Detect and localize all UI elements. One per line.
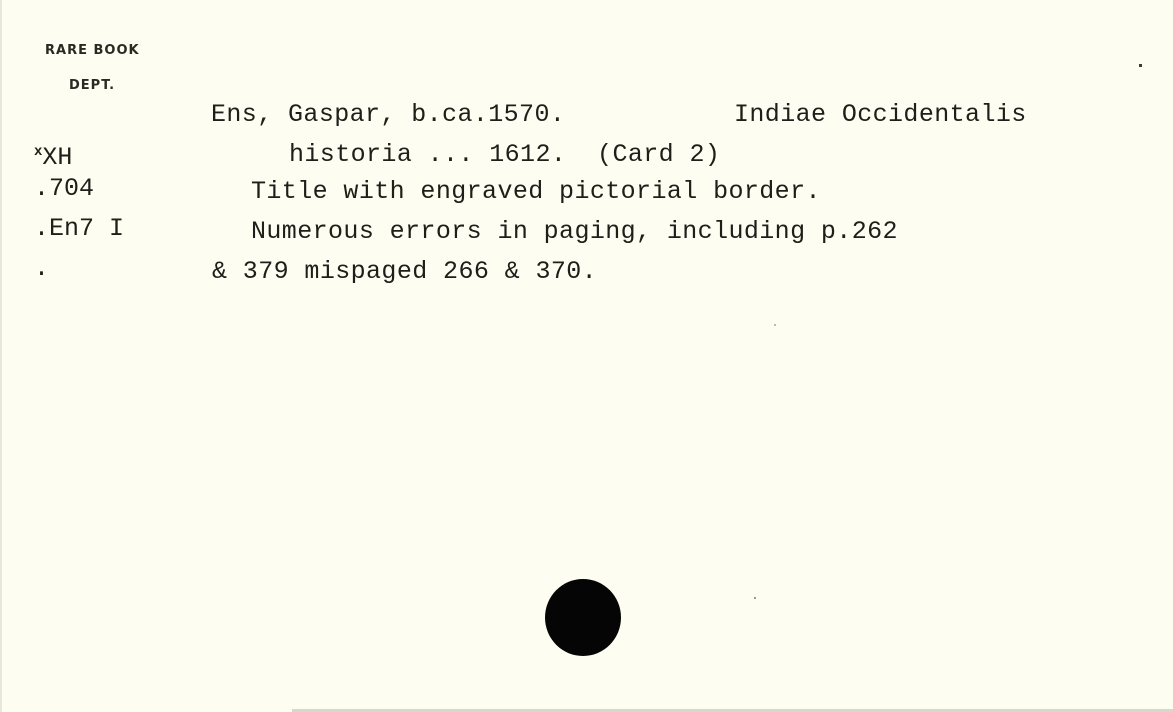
department-stamp-line1: RARE BOOK <box>45 43 140 58</box>
entry-note-paging-cont: & 379 mispaged 266 & 370. <box>212 257 597 286</box>
ink-speck <box>774 324 776 326</box>
department-stamp-line2: DEPT. <box>69 78 115 93</box>
call-number-line-2: .704 <box>34 170 94 208</box>
call-number-line-4: . <box>34 250 49 288</box>
catalog-card: RARE BOOK DEPT. xXH .704 .En7 I . Ens, G… <box>0 0 1173 712</box>
ink-speck <box>1139 64 1142 67</box>
punch-hole <box>545 579 621 656</box>
entry-title-continued: historia ... 1612. (Card 2) <box>289 140 720 169</box>
entry-title-start: Indiae Occidentalis <box>734 100 1027 129</box>
call-number-line-3: .En7 I <box>34 210 124 248</box>
entry-note-paging: Numerous errors in paging, including p.2… <box>251 217 898 246</box>
entry-heading: Ens, Gaspar, b.ca.1570. <box>211 100 565 129</box>
entry-note-border: Title with engraved pictorial border. <box>251 177 821 206</box>
ink-speck <box>754 597 756 599</box>
